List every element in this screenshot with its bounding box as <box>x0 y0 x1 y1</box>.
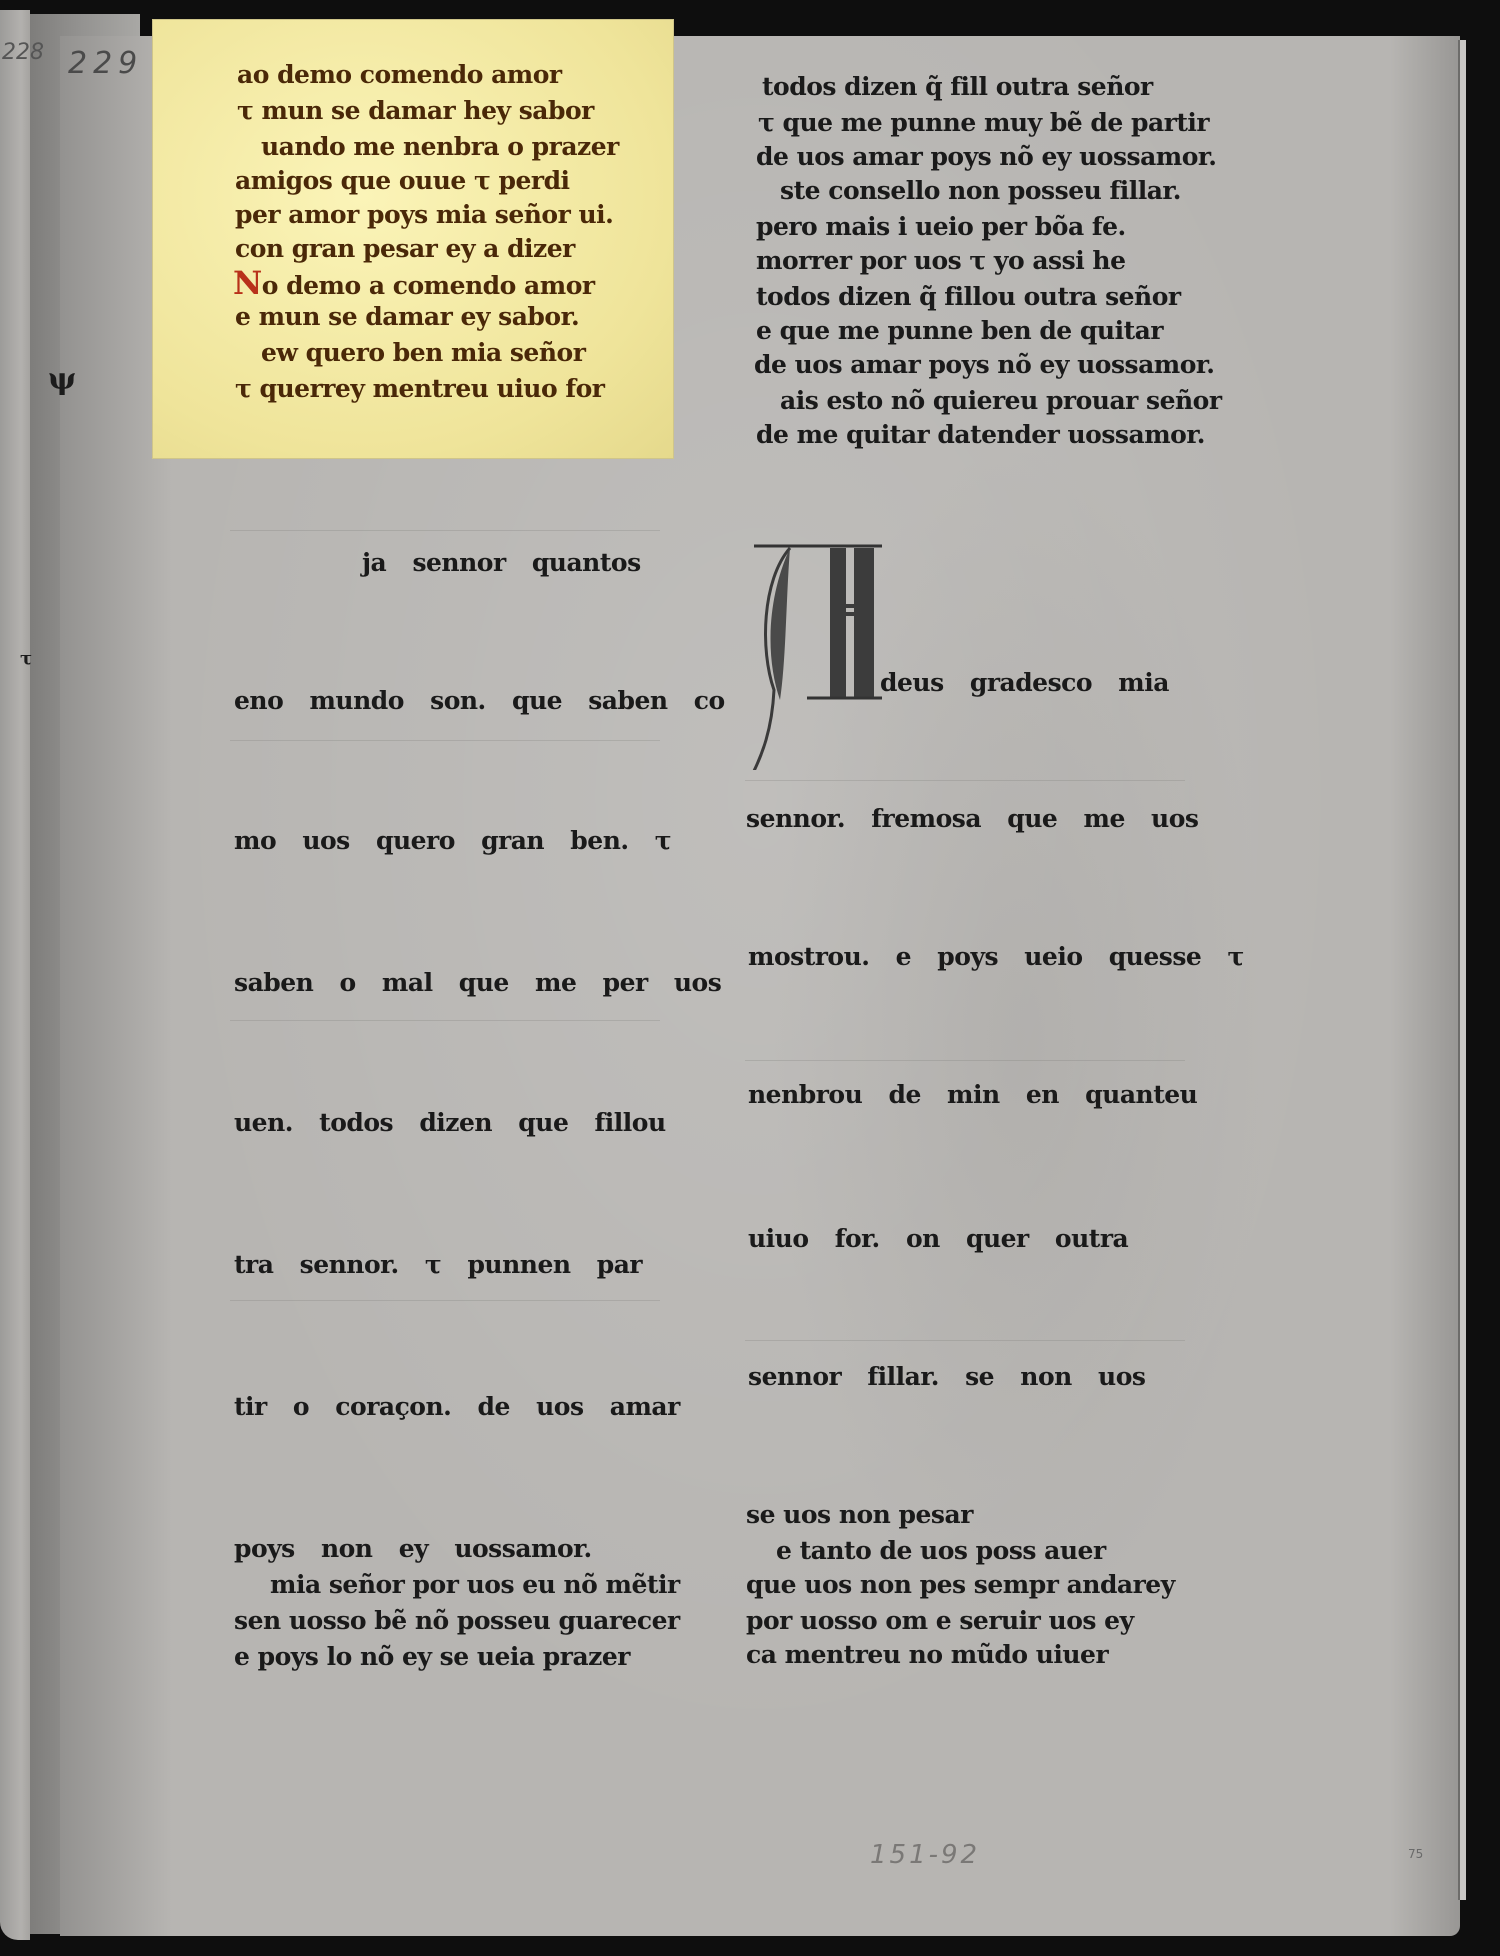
text-line: todos dizen q̃ fill outra señor <box>762 72 1153 101</box>
text-line: de me quitar datender uossamor. <box>756 420 1205 449</box>
text-line: poys non ey uossamor. <box>234 1534 592 1563</box>
corner-mark: 75 <box>1408 1847 1423 1861</box>
inset-line: con gran pesar ey a dizer <box>235 232 575 266</box>
ruling-line <box>745 780 1185 781</box>
text-line: sennor. fremosa que me uos <box>746 804 1198 833</box>
text-line: eno mundo son. que saben co <box>234 686 725 715</box>
text-line: uen. todos dizen que fillou <box>234 1108 666 1137</box>
ruling-line <box>745 1060 1185 1061</box>
text-line: ais esto nõ quiereu prouar señor <box>780 386 1222 415</box>
ruling-line <box>745 1340 1185 1341</box>
text-line: nenbrou de min en quanteu <box>748 1080 1197 1109</box>
inset-line: e mun se damar ey sabor. <box>235 300 579 334</box>
inset-line: ao demo comendo amor <box>237 58 562 92</box>
text-line: se uos non pesar <box>746 1500 973 1529</box>
page-right-edge <box>1458 40 1466 1900</box>
text-line: todos dizen q̃ fillou outra señor <box>756 282 1181 311</box>
rubric-initial: N <box>233 264 262 302</box>
text-line: mostrou. e poys ueio quesse τ <box>748 942 1244 971</box>
color-inset-panel: ao demo comendo amor τ mun se damar hey … <box>153 20 673 458</box>
text-line: por uosso om e seruir uos ey <box>746 1606 1134 1635</box>
text-line: morrer por uos τ yo assi he <box>756 246 1125 275</box>
text-line: mo uos quero gran ben. τ <box>234 826 671 855</box>
inset-line: τ querrey mentreu uiuo for <box>235 372 604 406</box>
text-line: e poys lo nõ ey se ueia prazer <box>234 1642 630 1671</box>
text-line: ste consello non posseu fillar. <box>780 176 1181 205</box>
inset-line: per amor poys mia señor ui. <box>235 198 613 232</box>
text-line: tra sennor. τ punnen par <box>234 1250 642 1279</box>
ruling-line <box>230 530 660 531</box>
text-line: uiuo for. on quer outra <box>748 1224 1128 1253</box>
previous-folio-number: 228 <box>2 40 44 65</box>
text-line: mia señor por uos eu nõ mẽtir <box>270 1570 680 1599</box>
inset-rubric-line: No demo a comendo amor <box>233 266 595 303</box>
text-line: ja sennor quantos <box>362 548 641 577</box>
text-line: sennor fillar. se non uos <box>748 1362 1145 1391</box>
catalog-mark: 151-92 <box>870 1840 980 1870</box>
text-line: que uos non pes sempr andarey <box>746 1570 1175 1599</box>
text-line: e tanto de uos poss auer <box>776 1536 1106 1565</box>
ruling-line <box>230 1020 660 1021</box>
margin-mark: ψ <box>48 362 76 397</box>
text-line: sen uosso bẽ nõ posseu guarecer <box>234 1606 680 1635</box>
inset-line: uando me nenbra o prazer <box>261 130 619 164</box>
text-line: e que me punne ben de quitar <box>756 316 1163 345</box>
text-line: tir o coraçon. de uos amar <box>234 1392 680 1421</box>
inset-line: τ mun se damar hey sabor <box>237 94 594 128</box>
text-line: de uos amar poys nõ ey uossamor. <box>756 142 1217 171</box>
text-line: pero mais i ueio per bõa fe. <box>756 212 1126 241</box>
inset-line-text: o demo a comendo amor <box>262 271 595 300</box>
inset-line: ew quero ben mia señor <box>261 336 585 370</box>
text-line: de uos amar poys nõ ey uossamor. <box>754 350 1215 379</box>
ruling-line <box>230 740 660 741</box>
decorated-initial-a-icon <box>752 540 882 770</box>
text-line: saben o mal que me per uos <box>234 968 721 997</box>
text-line: deus gradesco mia <box>880 668 1169 697</box>
inset-line: amigos que ouue τ perdi <box>235 164 570 198</box>
ruling-line <box>230 1300 660 1301</box>
text-line: ca mentreu no mũdo uiuer <box>746 1640 1108 1669</box>
previous-page-edge <box>0 10 30 1940</box>
text-line: τ que me punne muy bẽ de partir <box>758 108 1209 137</box>
folio-number: 229 <box>68 46 143 81</box>
margin-mark: τ <box>20 648 32 669</box>
